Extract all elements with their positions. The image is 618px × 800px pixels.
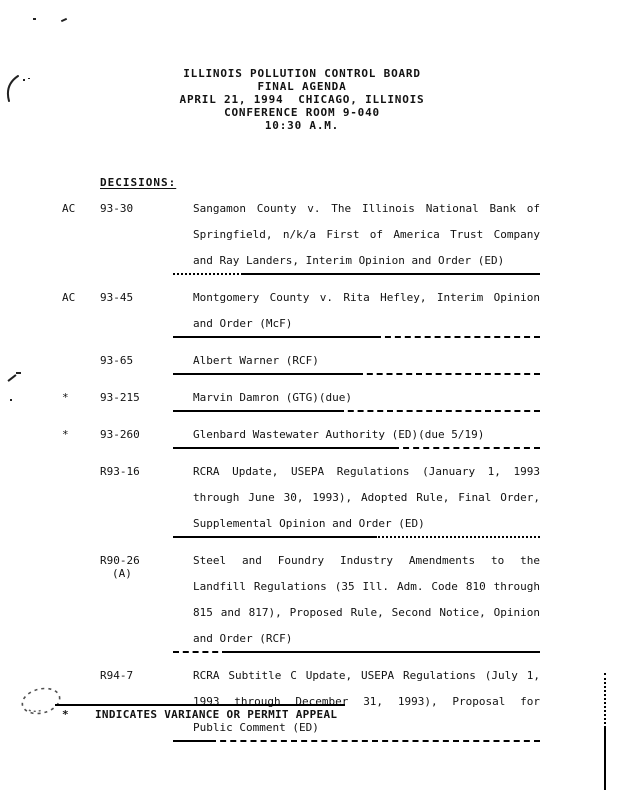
- entry-docket-number: 93-65: [100, 354, 193, 367]
- entry-description: Steel and Foundry Industry Amendments to…: [193, 554, 540, 645]
- header-line: CONFERENCE ROOM 9-040: [0, 106, 604, 119]
- separator-rule: [173, 336, 540, 339]
- scan-speck: [61, 18, 67, 22]
- entry-description: Albert Warner (RCF): [193, 354, 540, 367]
- agenda-entry: * 93-260 Glenbard Wastewater Authority (…: [62, 428, 540, 441]
- entry-docket-number: R93-16: [100, 465, 193, 530]
- document-header: ILLINOIS POLLUTION CONTROL BOARDFINAL AG…: [0, 67, 604, 132]
- entry-docket-number: R94-7: [100, 669, 193, 734]
- separator-rule: [173, 447, 540, 450]
- separator-rule: [173, 273, 540, 276]
- header-line: APRIL 21, 1994 CHICAGO, ILLINOIS: [0, 93, 604, 106]
- agenda-entry: R93-16 RCRA Update, USEPA Regulations (J…: [62, 465, 540, 530]
- agenda-entry: AC 93-30 Sangamon County v. The Illinois…: [62, 202, 540, 267]
- entry-prefix: AC: [62, 202, 100, 267]
- agenda-entry: 93-65 Albert Warner (RCF): [62, 354, 540, 367]
- scan-speck: [7, 374, 16, 382]
- entry-description: Glenbard Wastewater Authority (ED)(due 5…: [193, 428, 540, 441]
- footer-rule: [55, 704, 345, 706]
- scan-speck: [16, 372, 21, 374]
- entry-description: Montgomery County v. Rita Hefley, Interi…: [193, 291, 540, 330]
- scan-vertical-line-dotted: [604, 673, 606, 728]
- separator-rule: [173, 740, 540, 743]
- entry-prefix: *: [62, 391, 100, 404]
- header-line: FINAL AGENDA: [0, 80, 604, 93]
- agenda-entry: R94-7 RCRA Subtitle C Update, USEPA Regu…: [62, 669, 540, 734]
- entry-docket-number: 93-260: [100, 428, 193, 441]
- entry-docket-number: 93-215: [100, 391, 193, 404]
- header-line: 10:30 A.M.: [0, 119, 604, 132]
- decisions-heading: DECISIONS:: [100, 176, 176, 189]
- scan-speck: [33, 18, 36, 20]
- scan-speck: [10, 399, 12, 401]
- entry-docket-number: R90-26(A): [100, 554, 193, 645]
- entry-description: Sangamon County v. The Illinois National…: [193, 202, 540, 267]
- agenda-entry: R90-26(A) Steel and Foundry Industry Ame…: [62, 554, 540, 645]
- footnote-text: INDICATES VARIANCE OR PERMIT APPEAL: [95, 708, 337, 721]
- separator-rule: [173, 410, 540, 413]
- entry-description: RCRA Subtitle C Update, USEPA Regulation…: [193, 669, 540, 734]
- scan-vertical-line-solid: [604, 728, 606, 790]
- footnote-marker: *: [62, 708, 69, 721]
- scan-smudge: [17, 681, 65, 721]
- entry-prefix: [62, 465, 100, 530]
- entry-prefix: [62, 669, 100, 734]
- separator-rule: [173, 651, 540, 654]
- entry-description: RCRA Update, USEPA Regulations (January …: [193, 465, 540, 530]
- scanned-agenda-page: ILLINOIS POLLUTION CONTROL BOARDFINAL AG…: [0, 0, 618, 800]
- separator-rule: [173, 536, 540, 539]
- entry-docket-number: 93-30: [100, 202, 193, 267]
- entry-prefix: *: [62, 428, 100, 441]
- agenda-entry: * 93-215 Marvin Damron (GTG)(due): [62, 391, 540, 404]
- separator-rule: [173, 373, 540, 376]
- entry-prefix: [62, 554, 100, 645]
- decisions-list: AC 93-30 Sangamon County v. The Illinois…: [62, 202, 540, 758]
- entry-prefix: [62, 354, 100, 367]
- entry-prefix: AC: [62, 291, 100, 330]
- entry-description: Marvin Damron (GTG)(due): [193, 391, 540, 404]
- header-line: ILLINOIS POLLUTION CONTROL BOARD: [0, 67, 604, 80]
- entry-docket-number: 93-45: [100, 291, 193, 330]
- agenda-entry: AC 93-45 Montgomery County v. Rita Hefle…: [62, 291, 540, 330]
